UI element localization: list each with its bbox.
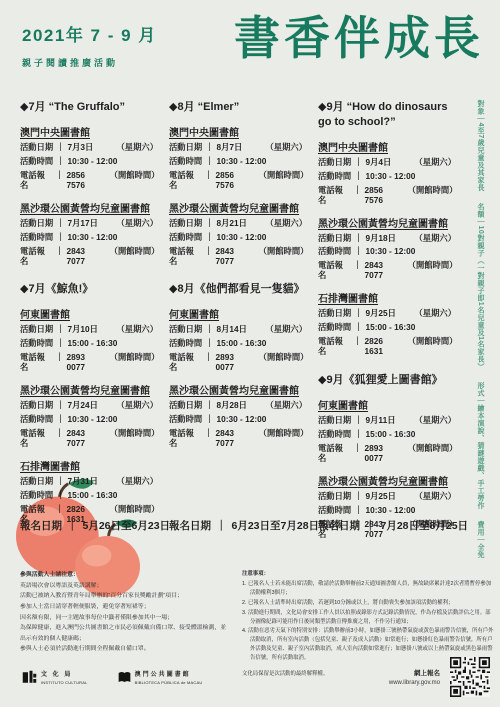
separator: ｜ — [56, 415, 64, 425]
separator: ｜ — [354, 492, 362, 502]
registration-row: 報名日期｜6月23日至7月28日 — [169, 518, 319, 533]
note-line: 因名額有限，同一主題故事每位中籤者僅限參加其中一場； — [20, 613, 228, 624]
activity-date-row: 活動日期｜7月3日（星期六） — [20, 143, 158, 153]
field-label: 活動日期 — [318, 234, 351, 244]
registration-row: 報名日期｜7月28日至8月25日 — [318, 518, 468, 533]
activity-time: 10:30 - 12:00 — [68, 157, 118, 167]
column-july: ◆7月 “The Gruffalo” 澳門中央圖書館 活動日期｜7月3日（星期六… — [20, 100, 158, 535]
weekday: （星期六） — [415, 492, 457, 502]
field-label: 活動日期 — [169, 325, 202, 335]
venue-block: 黑沙環公園黃營均兒童圖書館 活動日期｜7月24日（星期六） 活動時間｜10:30… — [20, 382, 158, 449]
phone-number: 2893 0077 — [216, 353, 254, 373]
venue-block: 澳門中央圖書館 活動日期｜7月3日（星期六） 活動時間｜10:30 - 12:0… — [20, 124, 158, 191]
field-label: 活動日期 — [20, 325, 53, 335]
separator: ｜ — [205, 325, 213, 335]
note-line: 參與人士必須於活動進行期間全程佩戴自備口罩。 — [20, 644, 228, 655]
field-label: 活動日期 — [318, 492, 351, 502]
section-title-text: 8月 “Elmer” — [177, 101, 239, 113]
weekday: （星期六） — [117, 219, 159, 229]
field-label: 活動時間 — [169, 415, 202, 425]
activity-date-row: 活動日期｜7月10日（星期六） — [20, 325, 158, 335]
section-title-text: 9月 “How do dinosaurs go to school?” — [318, 101, 447, 128]
activity-date-row: 活動日期｜9月4日（星期六） — [318, 158, 456, 168]
field-label: 電話報名 — [169, 429, 201, 449]
library-name: 石排灣圖書館 — [20, 458, 158, 473]
activity-date: 9月18日 — [366, 234, 396, 244]
activity-date: 7月17日 — [68, 219, 98, 229]
venue-block: 何東圖書館 活動日期｜8月14日（星期六） 活動時間｜15:00 - 16:30… — [169, 306, 307, 373]
activity-time: 10:30 - 12:00 — [68, 415, 118, 425]
activity-time-row: 活動時間｜10:30 - 12:00 — [169, 415, 307, 425]
separator: ｜ — [55, 429, 63, 439]
subtitle: 親子閱讀推廣活動 — [22, 56, 157, 69]
phone-note: （開館時間） — [110, 171, 158, 181]
separator: ｜ — [354, 309, 362, 319]
activity-time-row: 活動時間｜15:00 - 16:30 — [169, 339, 307, 349]
separator: ｜ — [56, 143, 64, 153]
library-name: 何東圖書館 — [20, 306, 158, 321]
separator: ｜ — [204, 429, 212, 439]
activity-time-row: 活動時間｜15:00 - 16:30 — [318, 430, 456, 440]
field-label: 活動日期 — [20, 219, 53, 229]
activity-time-row: 活動時間｜10:30 - 12:00 — [169, 233, 307, 243]
separator: ｜ — [56, 339, 64, 349]
activity-date: 9月25日 — [366, 309, 396, 319]
phone-reg-row: 電話報名｜2856 7576（開館時間） — [318, 186, 456, 206]
library-name: 黑沙環公園黃營均兒童圖書館 — [20, 382, 158, 397]
field-label: 報名日期 — [20, 518, 62, 533]
field-label: 活動日期 — [318, 158, 351, 168]
column-september: ◆9月 “How do dinosaurs go to school?” 澳門中… — [318, 100, 456, 535]
activity-date: 7月3日 — [68, 143, 94, 153]
field-label: 活動時間 — [318, 430, 351, 440]
field-label: 活動時間 — [20, 339, 53, 349]
field-label: 電話報名 — [318, 337, 350, 357]
activity-date-row: 活動日期｜8月7日（星期六） — [169, 143, 307, 153]
separator: ｜ — [353, 186, 361, 196]
activity-date-row: 活動日期｜7月17日（星期六） — [20, 219, 158, 229]
period: 2021年 7 - 9 月 — [22, 21, 157, 46]
activity-date-row: 活動日期｜9月11日（星期六） — [318, 416, 456, 426]
venue-block: 澳門中央圖書館 活動日期｜9月4日（星期六） 活動時間｜10:30 - 12:0… — [318, 139, 456, 206]
logo-en: BIBLIOTECA PÚBLICA de MACAU — [135, 680, 203, 685]
section-title: ◆9月《狐狸愛上圖書館》 — [318, 373, 456, 388]
phone-reg-row: 電話報名｜2843 7077（開館時間） — [20, 429, 158, 449]
section-title-text: 7月《鯨魚!》 — [28, 283, 93, 295]
phone-note: （開館時間） — [259, 429, 307, 439]
activity-date: 8月7日 — [217, 143, 243, 153]
field-label: 活動時間 — [318, 506, 351, 516]
phone-number: 2856 7576 — [365, 186, 403, 206]
field-label: 活動時間 — [20, 415, 53, 425]
header-left: 2021年 7 - 9 月 親子閱讀推廣活動 — [22, 12, 157, 69]
field-label: 活動時間 — [169, 157, 202, 167]
phone-reg-row: 電話報名｜2893 0077（開館時間） — [20, 353, 158, 373]
activity-time: 15:00 - 16:30 — [366, 323, 416, 333]
logo-zh: 澳門公共圖書館 — [135, 669, 203, 678]
field-label: 電話報名 — [20, 247, 52, 267]
phone-reg-row: 電話報名｜2843 7077（開館時間） — [20, 247, 158, 267]
activity-time-row: 活動時間｜15:00 - 16:30 — [20, 491, 158, 501]
activity-date: 7月31日 — [68, 477, 98, 487]
activity-date-row: 活動日期｜9月25日（星期六） — [318, 309, 456, 319]
venue-block: 石排灣圖書館 活動日期｜7月31日（星期六） 活動時間｜15:00 - 16:3… — [20, 458, 158, 525]
phone-reg-row: 電話報名｜2856 7576（開館時間） — [20, 171, 158, 191]
field-label: 活動日期 — [20, 401, 53, 411]
note-line: 英語場次會以粵語及英語講解； — [20, 581, 228, 592]
phone-reg-row: 電話報名｜2843 7077（開館時間） — [169, 247, 307, 267]
cultural-bureau-text: 文 化 局 INSTITUTO CULTURAL — [41, 669, 88, 685]
field-label: 電話報名 — [318, 261, 350, 281]
activity-time-row: 活動時間｜10:30 - 12:00 — [20, 415, 158, 425]
separator: ｜ — [205, 233, 213, 243]
weekday: （星期六） — [266, 143, 308, 153]
activity-time-row: 活動時間｜15:00 - 16:30 — [318, 323, 456, 333]
sidebar-info: 對象｜4至7歲兒童及其家長 名額｜10對親子（一對親子即1名兒童及1名家長） 形… — [472, 100, 488, 558]
weekday: （星期六） — [415, 309, 457, 319]
activity-date-row: 活動日期｜8月28日（星期六） — [169, 401, 307, 411]
separator: ｜ — [56, 233, 64, 243]
library-name: 黑沙環公園黃營均兒童圖書館 — [169, 200, 307, 215]
phone-number: 2826 1631 — [365, 337, 403, 357]
online-reg-label: 網上報名 — [389, 668, 440, 677]
separator: ｜ — [354, 323, 362, 333]
phone-note: （開館時間） — [259, 353, 307, 363]
separator: ｜ — [205, 339, 213, 349]
activity-date: 8月14日 — [217, 325, 247, 335]
column-august: ◆8月 “Elmer” 澳門中央圖書館 活動日期｜8月7日（星期六） 活動時間｜… — [169, 100, 307, 535]
phone-reg-row: 電話報名｜2893 0077（開館時間） — [318, 444, 456, 464]
separator: ｜ — [354, 416, 362, 426]
phone-note: （開館時間） — [110, 505, 158, 515]
separator: ｜ — [354, 234, 362, 244]
venue-block: 黑沙環公園黃營均兒童圖書館 活動日期｜8月28日（星期六） 活動時間｜10:30… — [169, 382, 307, 449]
library-name: 黑沙環公園黃營均兒童圖書館 — [318, 215, 456, 230]
phone-note: （開館時間） — [408, 186, 456, 196]
note-line: 參加人士當日請穿著輕便服裝，避免穿著短裙等； — [20, 602, 228, 613]
separator: ｜ — [55, 247, 63, 257]
phone-reg-row: 電話報名｜2893 0077（開館時間） — [169, 353, 307, 373]
phone-note: （開館時間） — [408, 444, 456, 454]
activity-time-row: 活動時間｜10:30 - 12:00 — [318, 172, 456, 182]
poster-footer: 文 化 局 INSTITUTO CULTURAL 澳門公共圖書館 BIBLIOT… — [22, 657, 490, 697]
field-label: 活動時間 — [169, 339, 202, 349]
activity-date-row: 活動日期｜7月31日（星期六） — [20, 477, 158, 487]
activity-time-row: 活動時間｜10:30 - 12:00 — [169, 157, 307, 167]
activity-date: 9月11日 — [366, 416, 396, 426]
field-label: 活動日期 — [169, 219, 202, 229]
book-icon — [118, 670, 131, 685]
activity-time: 10:30 - 12:00 — [68, 233, 118, 243]
separator: ｜ — [56, 491, 64, 501]
registration-period: 5月26日至6月23日 — [83, 518, 171, 533]
venue-block: 何東圖書館 活動日期｜7月10日（星期六） 活動時間｜15:00 - 16:30… — [20, 306, 158, 373]
phone-reg-row: 電話報名｜2856 7576（開館時間） — [169, 171, 307, 191]
phone-reg-row: 電話報名｜2826 1631（開館時間） — [318, 337, 456, 357]
field-label: 活動時間 — [20, 233, 53, 243]
field-label: 活動時間 — [318, 247, 351, 257]
poster-title: 書香伴成長 — [234, 12, 484, 65]
phone-note: （開館時間） — [259, 247, 307, 257]
info-target-audience: 對象｜4至7歲兒童及其家長 — [475, 100, 485, 191]
weekday: （星期六） — [415, 158, 457, 168]
poster-header: 2021年 7 - 9 月 親子閱讀推廣活動 書香伴成長 — [22, 12, 484, 69]
separator: ｜ — [55, 353, 63, 363]
section-title: ◆9月 “How do dinosaurs go to school?” — [318, 100, 456, 130]
field-label: 報名日期 — [169, 518, 211, 533]
registration-period: 7月28日至8月25日 — [381, 518, 469, 533]
library-name: 黑沙環公園黃營均兒童圖書館 — [20, 200, 158, 215]
separator: ｜ — [205, 157, 213, 167]
venue-block: 石排灣圖書館 活動日期｜9月25日（星期六） 活動時間｜15:00 - 16:3… — [318, 290, 456, 357]
phone-reg-row: 電話報名｜2843 7077（開館時間） — [169, 429, 307, 449]
activity-time-row: 活動時間｜10:30 - 12:00 — [318, 247, 456, 257]
separator: ｜ — [67, 518, 78, 533]
separator: ｜ — [56, 477, 64, 487]
separator: ｜ — [353, 337, 361, 347]
venue-block: 黑沙環公園黃營均兒童圖書館 活動日期｜9月18日（星期六） 活動時間｜10:30… — [318, 215, 456, 282]
weekday: （星期六） — [266, 219, 308, 229]
library-name: 黑沙環公園黃營均兒童圖書館 — [318, 473, 456, 488]
activity-date: 8月28日 — [217, 401, 247, 411]
separator: ｜ — [354, 506, 362, 516]
field-label: 電話報名 — [20, 429, 52, 449]
note-item: 1. 已報名人士若未能出席活動，敬請於活動舉辦前2天通知圖書館人員，無故缺席累計… — [242, 580, 494, 598]
activity-date: 8月21日 — [217, 219, 247, 229]
venue-block: 黑沙環公園黃營均兒童圖書館 活動日期｜8月21日（星期六） 活動時間｜10:30… — [169, 200, 307, 267]
activity-time: 10:30 - 12:00 — [366, 506, 416, 516]
weekday: （星期六） — [266, 401, 308, 411]
activity-date-row: 活動日期｜9月18日（星期六） — [318, 234, 456, 244]
field-label: 活動日期 — [169, 143, 202, 153]
field-label: 活動日期 — [20, 477, 53, 487]
section-title-text: 8月《他們都看見一隻貓》 — [177, 283, 304, 295]
field-label: 活動日期 — [20, 143, 53, 153]
separator: ｜ — [204, 247, 212, 257]
library-name: 何東圖書館 — [318, 397, 456, 412]
separator: ｜ — [56, 325, 64, 335]
note-line: 為保障健康，進入澳門公共圖書館之市民必須佩戴自備口罩、接受體溫檢測，並出示有效的… — [20, 623, 228, 644]
apple-highlight — [82, 545, 112, 567]
note-item: 3. 活動進行期間，文化局會安排工作人員以拍照或錄影方式記錄活動情況，作為存檔及… — [242, 609, 494, 627]
separator: ｜ — [354, 430, 362, 440]
field-label: 電話報名 — [318, 444, 350, 464]
qr-code — [450, 657, 490, 697]
field-label: 電話報名 — [169, 247, 201, 267]
library-name: 澳門中央圖書館 — [318, 139, 456, 154]
field-label: 活動日期 — [169, 401, 202, 411]
separator: ｜ — [204, 353, 212, 363]
phone-number: 2856 7576 — [216, 171, 254, 191]
field-label: 活動時間 — [318, 323, 351, 333]
registration-row: 報名日期｜5月26日至6月23日 — [20, 518, 170, 533]
cultural-bureau-icon — [22, 670, 37, 685]
field-label: 活動時間 — [20, 491, 53, 501]
separator: ｜ — [56, 219, 64, 229]
phone-number: 2843 7077 — [67, 429, 105, 449]
phone-number: 2843 7077 — [216, 429, 254, 449]
activity-date-row: 活動日期｜9月25日（星期六） — [318, 492, 456, 502]
cultural-bureau-logo: 文 化 局 INSTITUTO CULTURAL — [22, 669, 88, 685]
separator: ｜ — [354, 158, 362, 168]
separator: ｜ — [55, 171, 63, 181]
activity-time-row: 活動時間｜10:30 - 12:00 — [318, 506, 456, 516]
registration-period: 6月23日至7月28日 — [232, 518, 320, 533]
notes-heading: 參與活動人士請注意： — [20, 570, 228, 581]
activity-date-row: 活動日期｜8月21日（星期六） — [169, 219, 307, 229]
activity-time: 15:00 - 16:30 — [68, 339, 118, 349]
activity-time: 15:00 - 16:30 — [366, 430, 416, 440]
field-label: 電話報名 — [20, 171, 52, 191]
separator: ｜ — [204, 171, 212, 181]
activity-date: 9月4日 — [366, 158, 392, 168]
library-name: 石排灣圖書館 — [318, 290, 456, 305]
note-item: 2. 已報名人士請準時出席活動，若遲到10分鐘或以上，將自動喪失參加該項活動的權… — [242, 599, 494, 608]
activity-time: 10:30 - 12:00 — [217, 415, 267, 425]
field-label: 電話報名 — [318, 186, 350, 206]
activity-time: 10:30 - 12:00 — [366, 247, 416, 257]
section-title: ◆8月 “Elmer” — [169, 100, 307, 115]
weekday: （星期六） — [117, 401, 159, 411]
public-library-text: 澳門公共圖書館 BIBLIOTECA PÚBLICA de MACAU — [135, 669, 203, 685]
activity-time: 10:30 - 12:00 — [366, 172, 416, 182]
phone-note: （開館時間） — [408, 261, 456, 271]
notes-heading: 注意事項： — [242, 570, 494, 579]
public-library-logo: 澳門公共圖書館 BIBLIOTECA PÚBLICA de MACAU — [118, 669, 203, 685]
phone-number: 2843 7077 — [67, 247, 105, 267]
activity-date-row: 活動日期｜7月24日（星期六） — [20, 401, 158, 411]
activity-time: 10:30 - 12:00 — [217, 157, 267, 167]
phone-note: （開館時間） — [110, 247, 158, 257]
separator: ｜ — [55, 505, 63, 515]
separator: ｜ — [354, 247, 362, 257]
info-quota: 名額｜10對親子（一對親子即1名兒童及1名家長） — [475, 203, 485, 371]
phone-reg-row: 電話報名｜2843 7077（開館時間） — [318, 261, 456, 281]
weekday: （星期六） — [117, 143, 159, 153]
separator: ｜ — [205, 219, 213, 229]
activity-date: 7月24日 — [68, 401, 98, 411]
phone-number: 2856 7576 — [67, 171, 105, 191]
field-label: 活動日期 — [318, 416, 351, 426]
separator: ｜ — [353, 261, 361, 271]
logo-en: INSTITUTO CULTURAL — [41, 680, 88, 685]
activity-date: 9月25日 — [366, 492, 396, 502]
phone-note: （開館時間） — [259, 171, 307, 181]
logo-zh: 文 化 局 — [41, 669, 88, 678]
venue-block: 澳門中央圖書館 活動日期｜8月7日（星期六） 活動時間｜10:30 - 12:0… — [169, 124, 307, 191]
phone-number: 2893 0077 — [67, 353, 105, 373]
field-label: 電話報名 — [169, 353, 201, 373]
weekday: （星期六） — [117, 477, 159, 487]
separator: ｜ — [365, 518, 376, 533]
phone-note: （開館時間） — [110, 353, 158, 363]
activity-time-row: 活動時間｜10:30 - 12:00 — [20, 233, 158, 243]
phone-number: 2843 7077 — [216, 247, 254, 267]
section-title-text: 7月 “The Gruffalo” — [28, 101, 125, 113]
field-label: 報名日期 — [318, 518, 360, 533]
section-title: ◆7月《鯨魚!》 — [20, 282, 158, 297]
phone-number: 2893 0077 — [365, 444, 403, 464]
activity-date: 7月10日 — [68, 325, 98, 335]
field-label: 活動日期 — [318, 309, 351, 319]
library-name: 何東圖書館 — [169, 306, 307, 321]
info-fee: 費用｜全免 — [475, 521, 485, 559]
separator: ｜ — [354, 172, 362, 182]
field-label: 電話報名 — [169, 171, 201, 191]
note-line: 活動已被納入教育暨青年局舉辦的“百分百家長獎勵計劃”項目； — [20, 591, 228, 602]
weekday: （星期六） — [117, 325, 159, 335]
phone-note: （開館時間） — [110, 429, 158, 439]
library-name: 澳門中央圖書館 — [169, 124, 307, 139]
program-grid: ◆7月 “The Gruffalo” 澳門中央圖書館 活動日期｜7月3日（星期六… — [20, 100, 456, 535]
section-title: ◆8月《他們都看見一隻貓》 — [169, 282, 307, 297]
section-title-text: 9月《狐狸愛上圖書館》 — [326, 374, 442, 386]
separator: ｜ — [56, 401, 64, 411]
separator: ｜ — [205, 143, 213, 153]
library-name: 黑沙環公園黃營均兒童圖書館 — [169, 382, 307, 397]
activity-time: 15:00 - 16:30 — [217, 339, 267, 349]
activity-time: 10:30 - 12:00 — [217, 233, 267, 243]
field-label: 活動時間 — [318, 172, 351, 182]
field-label: 電話報名 — [20, 353, 52, 373]
separator: ｜ — [353, 444, 361, 454]
separator: ｜ — [205, 415, 213, 425]
activity-time-row: 活動時間｜15:00 - 16:30 — [20, 339, 158, 349]
activity-date-row: 活動日期｜8月14日（星期六） — [169, 325, 307, 335]
weekday: （星期六） — [266, 325, 308, 335]
activity-time-row: 活動時間｜10:30 - 12:00 — [20, 157, 158, 167]
weekday: （星期六） — [415, 416, 457, 426]
venue-block: 黑沙環公園黃營均兒童圖書館 活動日期｜7月17日（星期六） 活動時間｜10:30… — [20, 200, 158, 267]
weekday: （星期六） — [415, 234, 457, 244]
field-label: 活動時間 — [20, 157, 53, 167]
library-name: 澳門中央圖書館 — [20, 124, 158, 139]
venue-block: 何東圖書館 活動日期｜9月11日（星期六） 活動時間｜15:00 - 16:30… — [318, 397, 456, 464]
section-title: ◆7月 “The Gruffalo” — [20, 100, 158, 115]
separator: ｜ — [216, 518, 227, 533]
website-url: www.library.gov.mo — [389, 680, 440, 686]
phone-note: （開館時間） — [408, 337, 456, 347]
separator: ｜ — [56, 157, 64, 167]
online-registration: 網上報名 www.library.gov.mo — [389, 668, 440, 686]
field-label: 活動時間 — [169, 233, 202, 243]
phone-number: 2843 7077 — [365, 261, 403, 281]
activity-time: 15:00 - 16:30 — [68, 491, 118, 501]
separator: ｜ — [205, 401, 213, 411]
info-format: 形式｜繪本演說、猜謎遊戲、手工勞作 — [475, 382, 485, 510]
